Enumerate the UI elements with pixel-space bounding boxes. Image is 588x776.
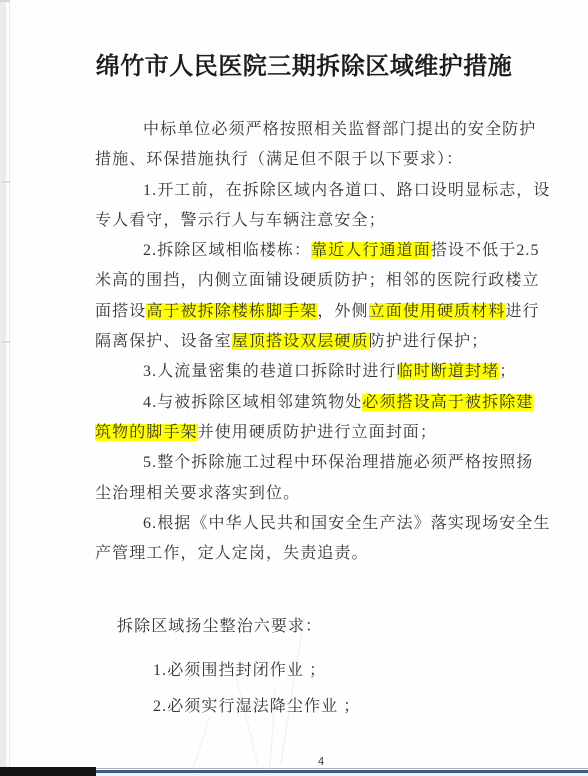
scan-registration-mark — [1, 341, 10, 343]
highlighted-text: 靠近人行通道面 — [311, 242, 431, 259]
text-segment: 产管理工作，定人定岗，失责追责。 — [95, 545, 369, 562]
text-line: 产管理工作，定人定岗，失责追责。 — [95, 539, 525, 569]
text-line: 面搭设高于被拆除楼栋脚手架，外侧立面使用硬质材料进行 — [95, 297, 525, 327]
text-line: 隔离保护、设备室屋顶搭设双层硬质防护进行保护； — [95, 327, 525, 357]
dust-requirement-item: 1.必须围挡封闭作业 ； — [95, 656, 525, 686]
dust-section-heading: 拆除区域扬尘整治六要求： — [95, 612, 525, 642]
text-line: 1.开工前，在拆除区域内各道口、路口设明显标志，设 — [95, 176, 525, 206]
text-line: 6.根据《中华人民共和国安全生产法》落实现场安全生 — [95, 509, 525, 539]
text-line: 中标单位必须严格按照相关监督部门提出的安全防护 — [95, 115, 525, 145]
page-number: 4 — [306, 755, 336, 768]
scan-shadow-bar — [0, 767, 96, 776]
text-line: 尘治理相关要求落实到位。 — [95, 479, 525, 509]
text-line: 2.拆除区域相临楼栋：靠近人行通道面搭设不低于2.5 — [95, 236, 525, 266]
highlighted-text: 筑物的脚手架 — [95, 424, 198, 441]
text-segment: 进行 — [505, 303, 539, 320]
scanner-margin-strip — [0, 0, 10, 776]
scanned-document-viewport: 绵竹市人民医院三期拆除区域维护措施 中标单位必须严格按照相关监督部门提出的安全防… — [0, 0, 588, 776]
text-segment: 5.整个拆除施工过程中环保治理措施必须严格按照扬 — [143, 454, 533, 471]
document-body: 中标单位必须严格按照相关监督部门提出的安全防护措施、环保措施执行（满足但不限于以… — [95, 115, 525, 722]
highlighted-text: 临时断道封堵 — [397, 363, 500, 380]
text-segment: 专人看守，警示行人与车辆注意安全； — [95, 212, 386, 229]
text-segment: 面搭设 — [95, 303, 146, 320]
text-segment: ，外侧 — [317, 303, 368, 320]
text-segment: 3.人流量密集的巷道口拆除时进行 — [143, 363, 397, 380]
text-segment: 6.根据《中华人民共和国安全生产法》落实现场安全生 — [143, 515, 551, 532]
highlighted-text: 必须搭设高于被拆除建 — [362, 394, 533, 411]
text-line: 米高的围挡，内侧立面铺设硬质防护；相邻的医院行政楼立 — [95, 266, 525, 296]
page-edge-sliver — [6, 0, 9, 776]
text-segment: 防护进行保护； — [369, 333, 489, 350]
document-title: 绵竹市人民医院三期拆除区域维护措施 — [10, 46, 588, 81]
text-segment: ； — [499, 363, 516, 380]
paper-crease — [191, 717, 210, 772]
text-line: 专人看守，警示行人与车辆注意安全； — [95, 206, 525, 236]
text-segment: 2.拆除区域相临楼栋： — [143, 242, 311, 259]
text-segment: 米高的围挡，内侧立面铺设硬质防护；相邻的医院行政楼立 — [95, 272, 540, 289]
highlighted-text: 屋顶搭设双层硬质 — [232, 333, 369, 350]
text-line: 3.人流量密集的巷道口拆除时进行临时断道封堵； — [95, 357, 525, 387]
text-segment: 措施、环保措施执行（满足但不限于以下要求）： — [95, 151, 463, 168]
text-segment: 尘治理相关要求落实到位。 — [95, 485, 300, 502]
highlighted-text: 立面使用硬质材料 — [369, 303, 506, 320]
dust-requirement-item: 2.必须实行湿法降尘作业 ； — [95, 692, 525, 722]
text-line: 5.整个拆除施工过程中环保治理措施必须严格按照扬 — [95, 448, 525, 478]
text-segment: 中标单位必须严格按照相关监督部门提出的安全防护 — [143, 121, 536, 138]
scan-registration-mark — [1, 181, 10, 183]
text-segment: 4.与被拆除区域相邻建筑物处 — [143, 394, 362, 411]
document-page: 绵竹市人民医院三期拆除区域维护措施 中标单位必须严格按照相关监督部门提出的安全防… — [10, 0, 588, 776]
text-line: 筑物的脚手架并使用硬质防护进行立面封面； — [95, 418, 525, 448]
text-line: 4.与被拆除区域相邻建筑物处必须搭设高于被拆除建 — [95, 388, 525, 418]
text-line: 措施、环保措施执行（满足但不限于以下要求）： — [95, 145, 525, 175]
text-segment: 隔离保护、设备室 — [95, 333, 232, 350]
text-segment: 搭设不低于2.5 — [431, 242, 540, 259]
text-segment: 并使用硬质防护进行立面封面； — [198, 424, 437, 441]
highlighted-text: 高于被拆除楼栋脚手架 — [146, 303, 317, 320]
text-segment: 1.开工前，在拆除区域内各道口、路口设明显标志，设 — [143, 182, 551, 199]
